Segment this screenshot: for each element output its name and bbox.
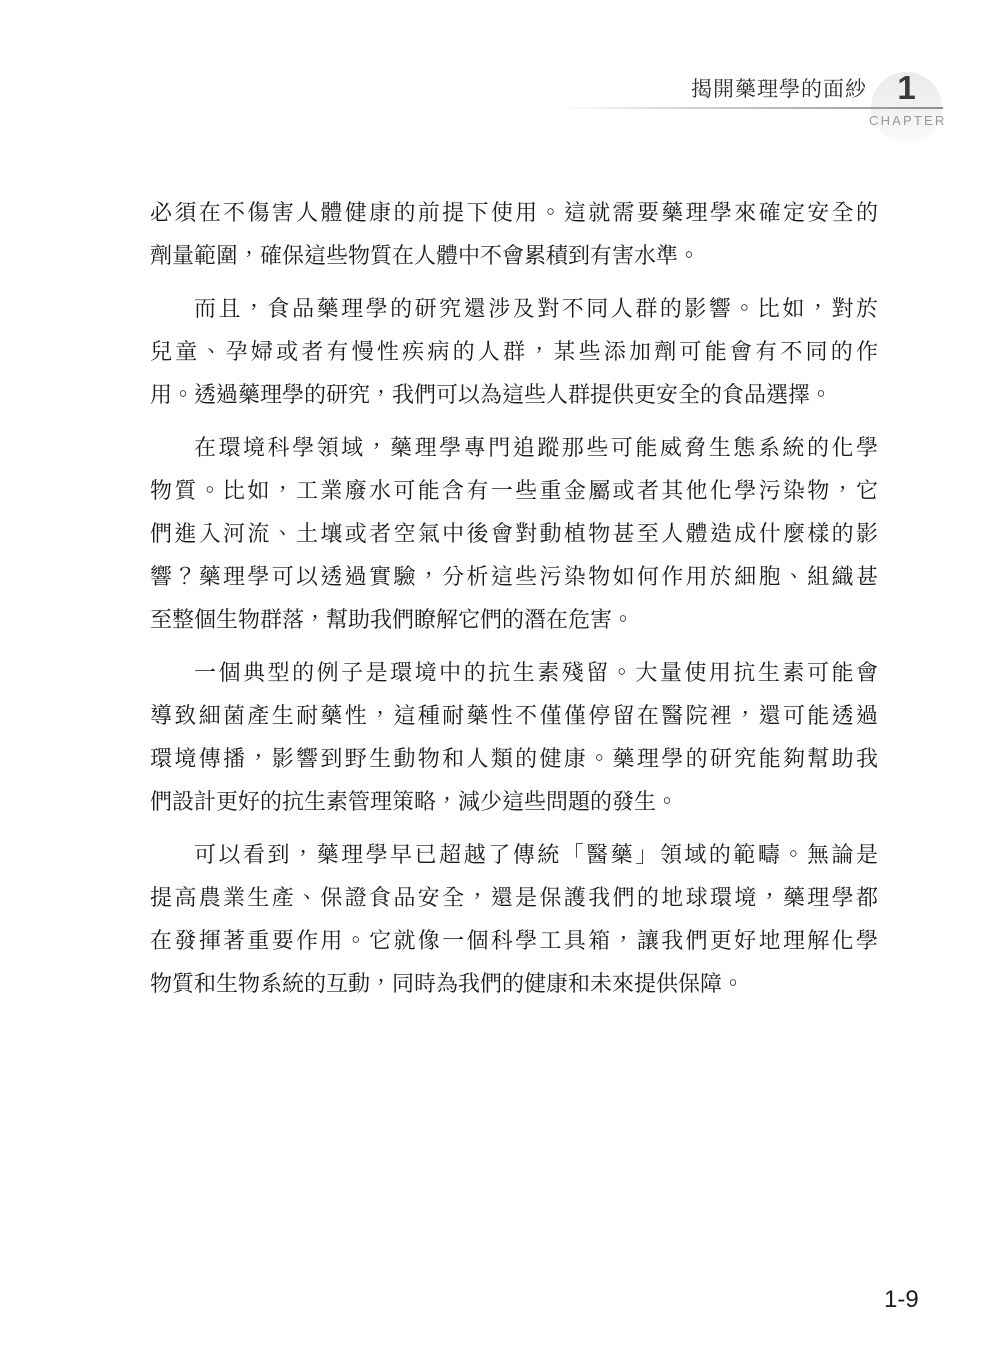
text-line: 而且，食品藥理學的研究還涉及對不同人群的影響。比如，對於 — [150, 287, 878, 330]
text-line: 環境傳播，影響到野生動物和人類的健康。藥理學的研究能夠幫助我 — [150, 737, 878, 780]
paragraph: 在環境科學領域，藥理學專門追蹤那些可能威脅生態系統的化學物質。比如，工業廢水可能… — [150, 426, 878, 641]
header-rule — [559, 107, 943, 109]
page-number: 1-9 — [884, 1286, 919, 1314]
text-line: 響？藥理學可以透過實驗，分析這些污染物如何作用於細胞、組織甚 — [150, 555, 878, 598]
chapter-number: 1 — [871, 72, 942, 103]
text-line: 導致細菌產生耐藥性，這種耐藥性不僅僅停留在醫院裡，還可能透過 — [150, 694, 878, 737]
paragraph: 可以看到，藥理學早已超越了傳統「醫藥」領域的範疇。無論是提高農業生產、保證食品安… — [150, 833, 878, 1005]
book-page: 揭開藥理學的面紗 1 CHAPTER 必須在不傷害人體健康的前提下使用。這就需要… — [0, 0, 1000, 1361]
text-line: 物質和生物系統的互動，同時為我們的健康和未來提供保障。 — [150, 962, 878, 1005]
text-line: 兒童、孕婦或者有慢性疾病的人群，某些添加劑可能會有不同的作 — [150, 330, 878, 373]
paragraph: 一個典型的例子是環境中的抗生素殘留。大量使用抗生素可能會導致細菌產生耐藥性，這種… — [150, 651, 878, 823]
text-line: 至整個生物群落，幫助我們瞭解它們的潛在危害。 — [150, 598, 878, 641]
text-line: 們進入河流、土壤或者空氣中後會對動植物甚至人體造成什麼樣的影 — [150, 512, 878, 555]
paragraph: 必須在不傷害人體健康的前提下使用。這就需要藥理學來確定安全的劑量範圍，確保這些物… — [150, 191, 878, 277]
text-line: 們設計更好的抗生素管理策略，減少這些問題的發生。 — [150, 780, 878, 823]
text-line: 一個典型的例子是環境中的抗生素殘留。大量使用抗生素可能會 — [150, 651, 878, 694]
text-line: 劑量範圍，確保這些物質在人體中不會累積到有害水準。 — [150, 234, 878, 277]
body-text: 必須在不傷害人體健康的前提下使用。這就需要藥理學來確定安全的劑量範圍，確保這些物… — [150, 191, 878, 1005]
text-line: 在環境科學領域，藥理學專門追蹤那些可能威脅生態系統的化學 — [150, 426, 878, 469]
text-line: 必須在不傷害人體健康的前提下使用。這就需要藥理學來確定安全的 — [150, 191, 878, 234]
chapter-label: CHAPTER — [869, 113, 944, 128]
paragraph: 而且，食品藥理學的研究還涉及對不同人群的影響。比如，對於兒童、孕婦或者有慢性疾病… — [150, 287, 878, 416]
text-line: 用。透過藥理學的研究，我們可以為這些人群提供更安全的食品選擇。 — [150, 373, 878, 416]
text-line: 在發揮著重要作用。它就像一個科學工具箱，讓我們更好地理解化學 — [150, 919, 878, 962]
text-line: 可以看到，藥理學早已超越了傳統「醫藥」領域的範疇。無論是 — [150, 833, 878, 876]
chapter-title: 揭開藥理學的面紗 — [691, 73, 867, 103]
text-line: 物質。比如，工業廢水可能含有一些重金屬或者其他化學污染物，它 — [150, 469, 878, 512]
text-line: 提高農業生產、保證食品安全，還是保護我們的地球環境，藥理學都 — [150, 876, 878, 919]
